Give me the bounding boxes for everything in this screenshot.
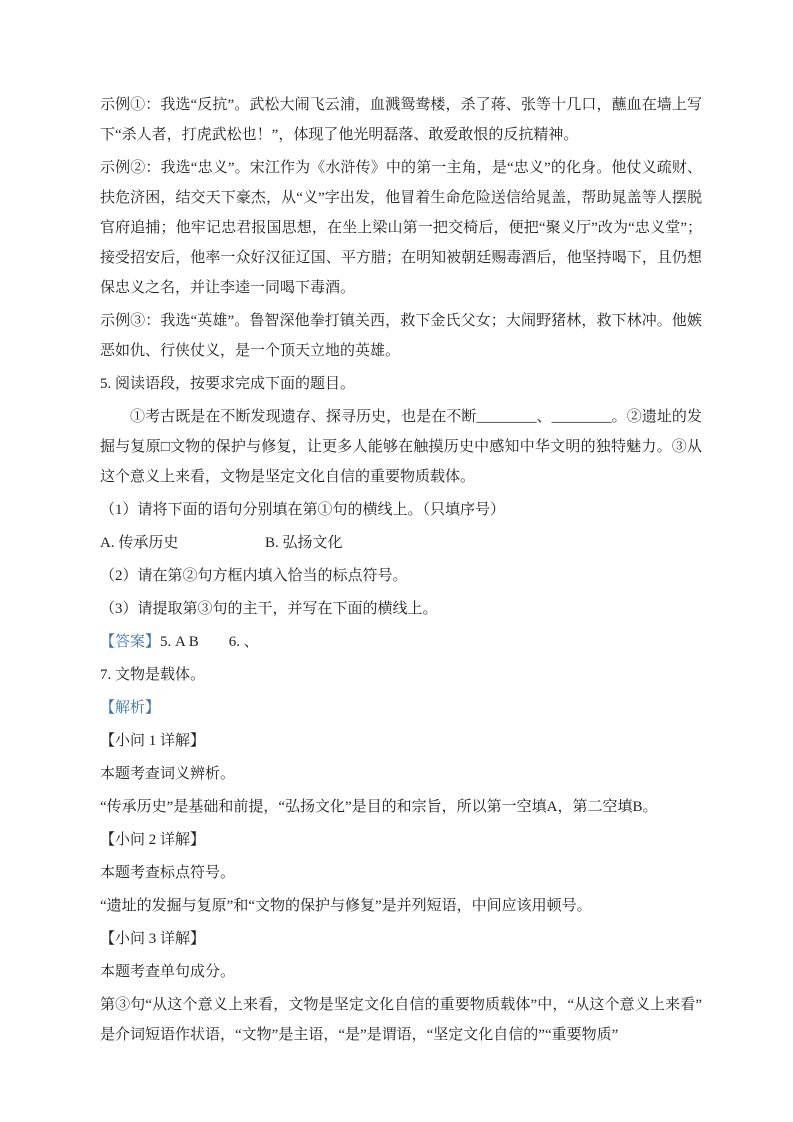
detail-3-heading: 【小问 3 详解】 <box>100 924 702 954</box>
sample-answer-1: 示例①：我选“反抗”。武松大闹飞云浦，血溅鸳鸯楼，杀了蒋、张等十几口，蘸血在墙上… <box>100 90 702 150</box>
detail-1-line-1: 本题考查词义辨析。 <box>100 759 702 789</box>
sample-answer-2: 示例②：我选“忠义”。宋江作为《水浒传》中的第一主角，是“忠义”的化身。他仗义疏… <box>100 153 702 303</box>
answer-part-1: 5. A B <box>160 634 199 650</box>
options-line: A. 传承历史B. 弘扬文化 <box>100 528 702 558</box>
analysis-label: 【解析】 <box>100 700 160 716</box>
answer-part-2: 6. 、 <box>229 634 259 650</box>
question-5-heading: 5. 阅读语段，按要求完成下面的题目。 <box>100 369 702 399</box>
detail-2-line-1: 本题考查标点符号。 <box>100 858 702 888</box>
detail-3-line-1: 本题考查单句成分。 <box>100 957 702 987</box>
sample-answer-3: 示例③：我选“英雄”。鲁智深他拳打镇关西，救下金氏父女；大闹野猪林，救下林冲。他… <box>100 306 702 366</box>
detail-1-line-2: “传承历史”是基础和前提，“弘扬文化”是目的和宗旨，所以第一空填A，第二空填B。 <box>100 792 702 822</box>
detail-3-line-2: 第③句“从这个意义上来看，文物是坚定文化自信的重要物质载体”中，“从这个意义上来… <box>100 990 702 1050</box>
question-5-passage: ①考古既是在不断发现遗存、探寻历史，也是在不断________、________… <box>100 402 702 492</box>
answer-part-3: 7. 文物是载体。 <box>100 660 702 690</box>
detail-2-line-2: “遗址的发掘与复原”和“文物的保护与修复”是并列短语，中间应该用顿号。 <box>100 891 702 921</box>
document-page: 示例①：我选“反抗”。武松大闹飞云浦，血溅鸳鸯楼，杀了蒋、张等十几口，蘸血在墙上… <box>0 0 793 1122</box>
option-a: A. 传承历史 <box>100 528 265 558</box>
option-b: B. 弘扬文化 <box>265 535 343 551</box>
sub-question-3: （3）请提取第③句的主干，并写在下面的横线上。 <box>100 594 702 624</box>
answer-label: 【答案】 <box>100 634 160 650</box>
sub-question-1: （1）请将下面的语句分别填在第①句的横线上。（只填序号） <box>100 495 702 525</box>
analysis-heading: 【解析】 <box>100 693 702 723</box>
sub-question-2: （2）请在第②句方框内填入恰当的标点符号。 <box>100 561 702 591</box>
detail-2-heading: 【小问 2 详解】 <box>100 825 702 855</box>
detail-1-heading: 【小问 1 详解】 <box>100 726 702 756</box>
answer-line: 【答案】5. A B6. 、 <box>100 627 702 657</box>
